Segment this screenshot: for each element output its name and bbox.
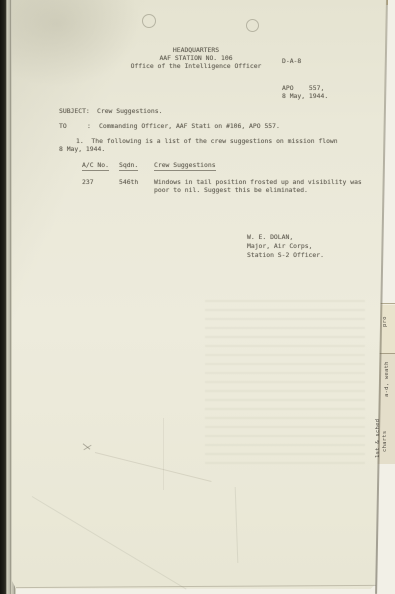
punch-hole-mark-left: [142, 14, 156, 28]
table-header-ac-no: A/C No.: [82, 161, 109, 169]
bleed-through-texture: [205, 300, 365, 470]
table-header-ac-no-text: A/C No.: [82, 161, 109, 171]
table-header-crew-suggestions-text: Crew Suggestions: [154, 161, 216, 171]
to-value: Commanding Officer, AAF Stati on #106, A…: [99, 122, 280, 130]
punch-hole-mark-right: [246, 19, 259, 32]
paragraph-1-line-2: 8 May, 1944.: [59, 145, 105, 153]
table-header-crew-suggestions: Crew Suggestions: [154, 161, 216, 169]
cell-ac-no: 237: [82, 178, 94, 186]
paragraph-1-line-1: 1. The following is a list of the crew s…: [76, 137, 338, 145]
file-tab-mid-label: a-d, weath: [384, 349, 390, 397]
table-header-sqdn-text: Sqdn.: [119, 161, 138, 171]
scanned-document-page: pro a-d, weath 1st & sched charts HEADQU…: [0, 0, 395, 594]
apo-line: APO 557,: [282, 84, 324, 92]
cell-suggestion-line-1: Windows in tail position frosted up and …: [154, 178, 362, 186]
file-tab-upper-label: pro: [382, 309, 388, 327]
file-tab-lower-label-2: charts: [382, 408, 388, 452]
subject-label: SUBJECT:: [59, 107, 90, 115]
cell-sqdn: 546th: [119, 178, 138, 186]
subject-value: Crew Suggestions.: [97, 107, 162, 115]
signature-name: W. E. DOLAN,: [247, 233, 293, 241]
memo-paper: [12, 0, 388, 589]
date-line: 8 May, 1944.: [282, 92, 328, 100]
signature-rank: Major, Air Corps,: [247, 242, 312, 250]
crease-line-4: [163, 418, 164, 490]
reference-code: D-A-8: [282, 57, 301, 65]
to-colon: :: [87, 122, 91, 130]
to-label: TO: [59, 122, 67, 130]
file-tab-lower-label-1: 1st & sched: [375, 402, 381, 458]
signature-title: Station S-2 Officer.: [247, 251, 324, 259]
memo-header-line-1: HEADQUARTERS: [46, 46, 346, 54]
cell-suggestion-line-2: poor to nil. Suggest this be eliminated.: [154, 186, 308, 194]
table-header-sqdn: Sqdn.: [119, 161, 138, 169]
